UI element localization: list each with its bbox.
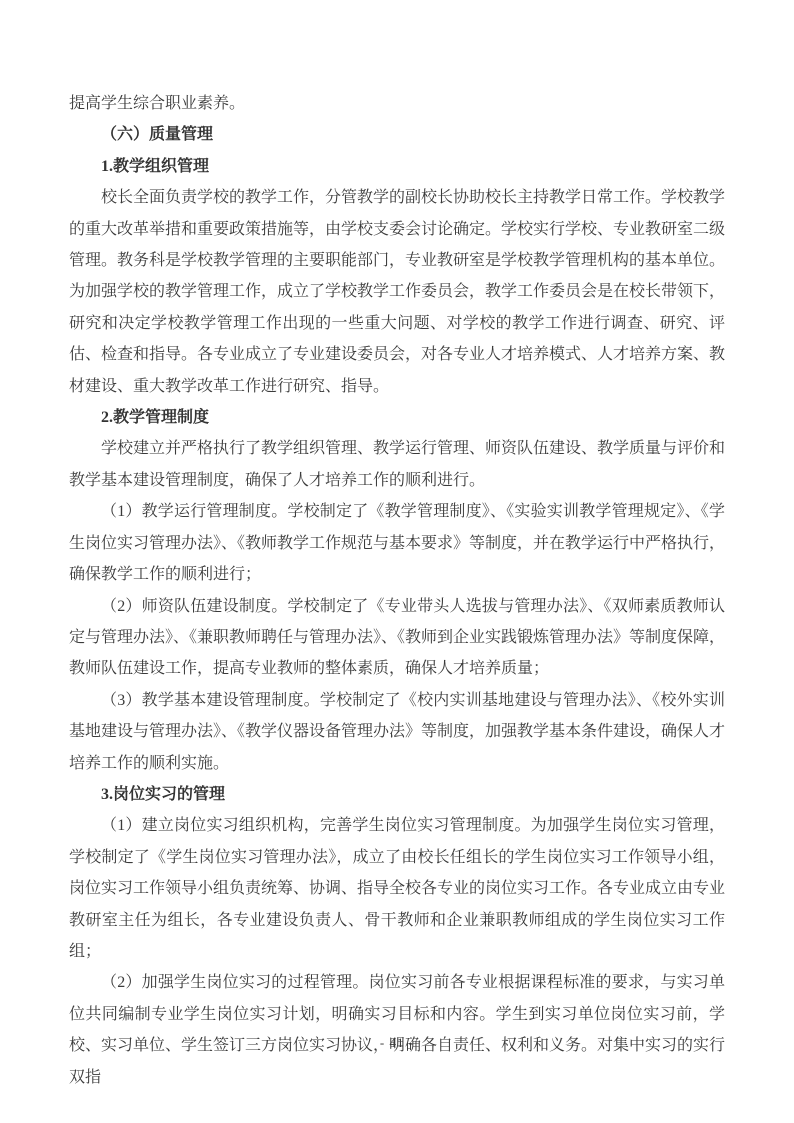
- subheading-teaching-management-system: 2.教学管理制度: [69, 402, 725, 433]
- paragraph: （1）教学运行管理制度。学校制定了《教学管理制度》、《实验实训教学管理规定》、《…: [69, 496, 725, 590]
- paragraph: （2）师资队伍建设制度。学校制定了《专业带头人选拔与管理办法》、《双师素质教师认…: [69, 591, 725, 685]
- document-page: 提高学生综合职业素养。 （六）质量管理 1.教学组织管理 校长全面负责学校的教学…: [0, 0, 794, 1123]
- paragraph: （3）教学基本建设管理制度。学校制定了《校内实训基地建设与管理办法》、《校外实训…: [69, 685, 725, 779]
- section-heading-quality-management: （六）质量管理: [69, 119, 725, 150]
- document-text-block: 提高学生综合职业素养。 （六）质量管理 1.教学组织管理 校长全面负责学校的教学…: [69, 88, 725, 1093]
- subheading-internship-management: 3.岗位实习的管理: [69, 779, 725, 810]
- paragraph: （1）建立岗位实习组织机构，完善学生岗位实习管理制度。为加强学生岗位实习管理，学…: [69, 810, 725, 967]
- body-continuation-line: 提高学生综合职业素养。: [69, 88, 725, 119]
- paragraph: 校长全面负责学校的教学工作，分管教学的副校长协助校长主持教学日常工作。学校教学的…: [69, 182, 725, 402]
- paragraph: 学校建立并严格执行了教学组织管理、教学运行管理、师资队伍建设、教学质量与评价和教…: [69, 433, 725, 496]
- page-number: - 41 -: [0, 1030, 794, 1056]
- subheading-teaching-organization: 1.教学组织管理: [69, 151, 725, 182]
